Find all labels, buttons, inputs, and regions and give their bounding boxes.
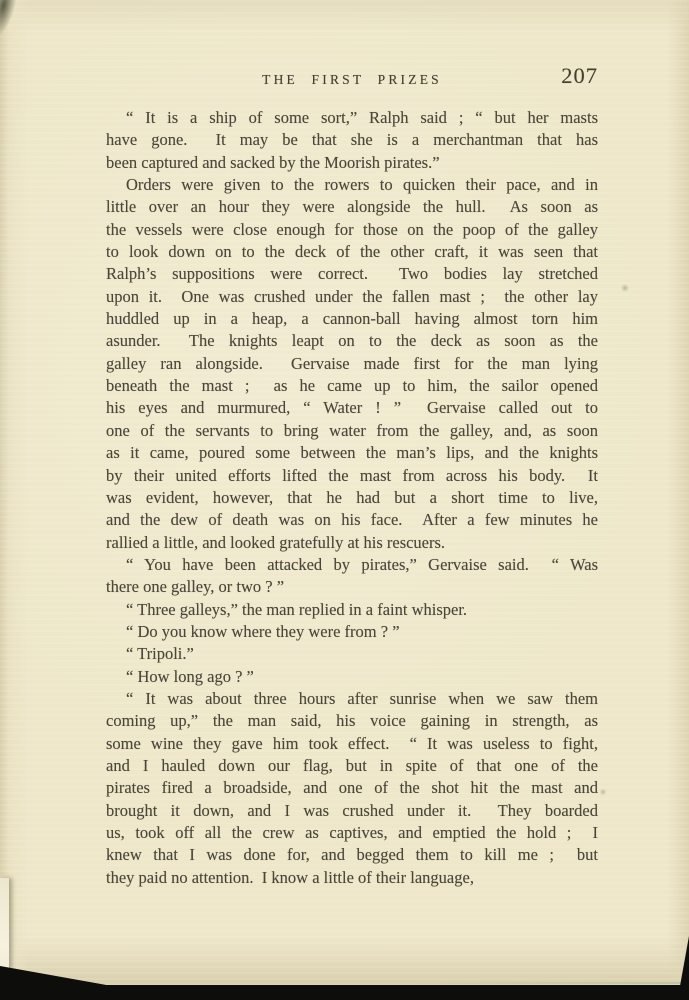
page-bottom-edge-highlight [420, 982, 685, 984]
text-line: Ralph’s suppositions were correct. Two b… [106, 263, 598, 285]
text-line: us, took off all the crew as captives, a… [106, 822, 598, 844]
text-line: upon it. One was crushed under the falle… [106, 286, 598, 308]
text-line: “ It is a ship of some sort,” Ralph said… [106, 107, 598, 129]
text-line: “ How long ago ? ” [106, 666, 598, 688]
paragraph: “ Tripoli.” [106, 643, 598, 665]
text-line: coming up,” the man said, his voice gain… [106, 710, 598, 732]
scan-corner-smudge [0, 0, 18, 39]
text-line: as it came, poured some between the man’… [106, 442, 598, 464]
paragraph: Orders were given to the rowers to quick… [106, 174, 598, 554]
running-header: THE FIRST PRIZES 207 [106, 70, 598, 96]
text-line: “ Tripoli.” [106, 643, 598, 665]
text-line: little over an hour they were alongside … [106, 196, 598, 218]
text-line: “ You have been attacked by pirates,” Ge… [106, 554, 598, 576]
text-line: galley ran alongside. Gervaise made firs… [106, 353, 598, 375]
book-page: THE FIRST PRIZES 207 “ It is a ship of s… [0, 0, 689, 985]
text-line: and I hauled down our flag, but in spite… [106, 755, 598, 777]
paragraph: “ You have been attacked by pirates,” Ge… [106, 554, 598, 599]
paragraph: “ It is a ship of some sort,” Ralph said… [106, 107, 598, 174]
text-line: pirates fired a broadside, and one of th… [106, 777, 598, 799]
page-number: 207 [561, 63, 598, 89]
text-line: “ Three galleys,” the man replied in a f… [106, 599, 598, 621]
text-line: huddled up in a heap, a cannon-ball havi… [106, 308, 598, 330]
text-line: been captured and sacked by the Moorish … [106, 152, 598, 174]
text-line: was evident, however, that he had but a … [106, 487, 598, 509]
paragraph: “ How long ago ? ” [106, 666, 598, 688]
text-line: his eyes and murmured, “ Water ! ” Gerva… [106, 397, 598, 419]
chapter-title: THE FIRST PRIZES [106, 70, 598, 88]
text-line: “ It was about three hours after sunrise… [106, 688, 598, 710]
text-line: asunder. The knights leapt on to the dec… [106, 330, 598, 352]
text-line: beneath the mast ; as he came up to him,… [106, 375, 598, 397]
text-line: by their united efforts lifted the mast … [106, 465, 598, 487]
paragraph: “ Do you know where they were from ? ” [106, 621, 598, 643]
text-line: rallied a little, and looked gratefully … [106, 532, 598, 554]
text-line: one of the servants to bring water from … [106, 420, 598, 442]
text-line: Orders were given to the rowers to quick… [106, 174, 598, 196]
text-line: “ Do you know where they were from ? ” [106, 621, 598, 643]
text-line: some wine they gave him took effect. “ I… [106, 733, 598, 755]
text-line: to look down on to the deck of the other… [106, 241, 598, 263]
text-line: have gone. It may be that she is a merch… [106, 129, 598, 151]
text-line: they paid no attention. I know a little … [106, 867, 598, 889]
page-body: “ It is a ship of some sort,” Ralph said… [106, 107, 598, 889]
paragraph: “ It was about three hours after sunrise… [106, 688, 598, 889]
text-line: and the dew of death was on his face. Af… [106, 509, 598, 531]
paragraph: “ Three galleys,” the man replied in a f… [106, 599, 598, 621]
text-line: there one galley, or two ? ” [106, 576, 598, 598]
page-edge-stack [0, 878, 9, 978]
text-line: the vessels were close enough for those … [106, 219, 598, 241]
text-line: knew that I was done for, and begged the… [106, 844, 598, 866]
text-line: brought it down, and I was crushed under… [106, 800, 598, 822]
